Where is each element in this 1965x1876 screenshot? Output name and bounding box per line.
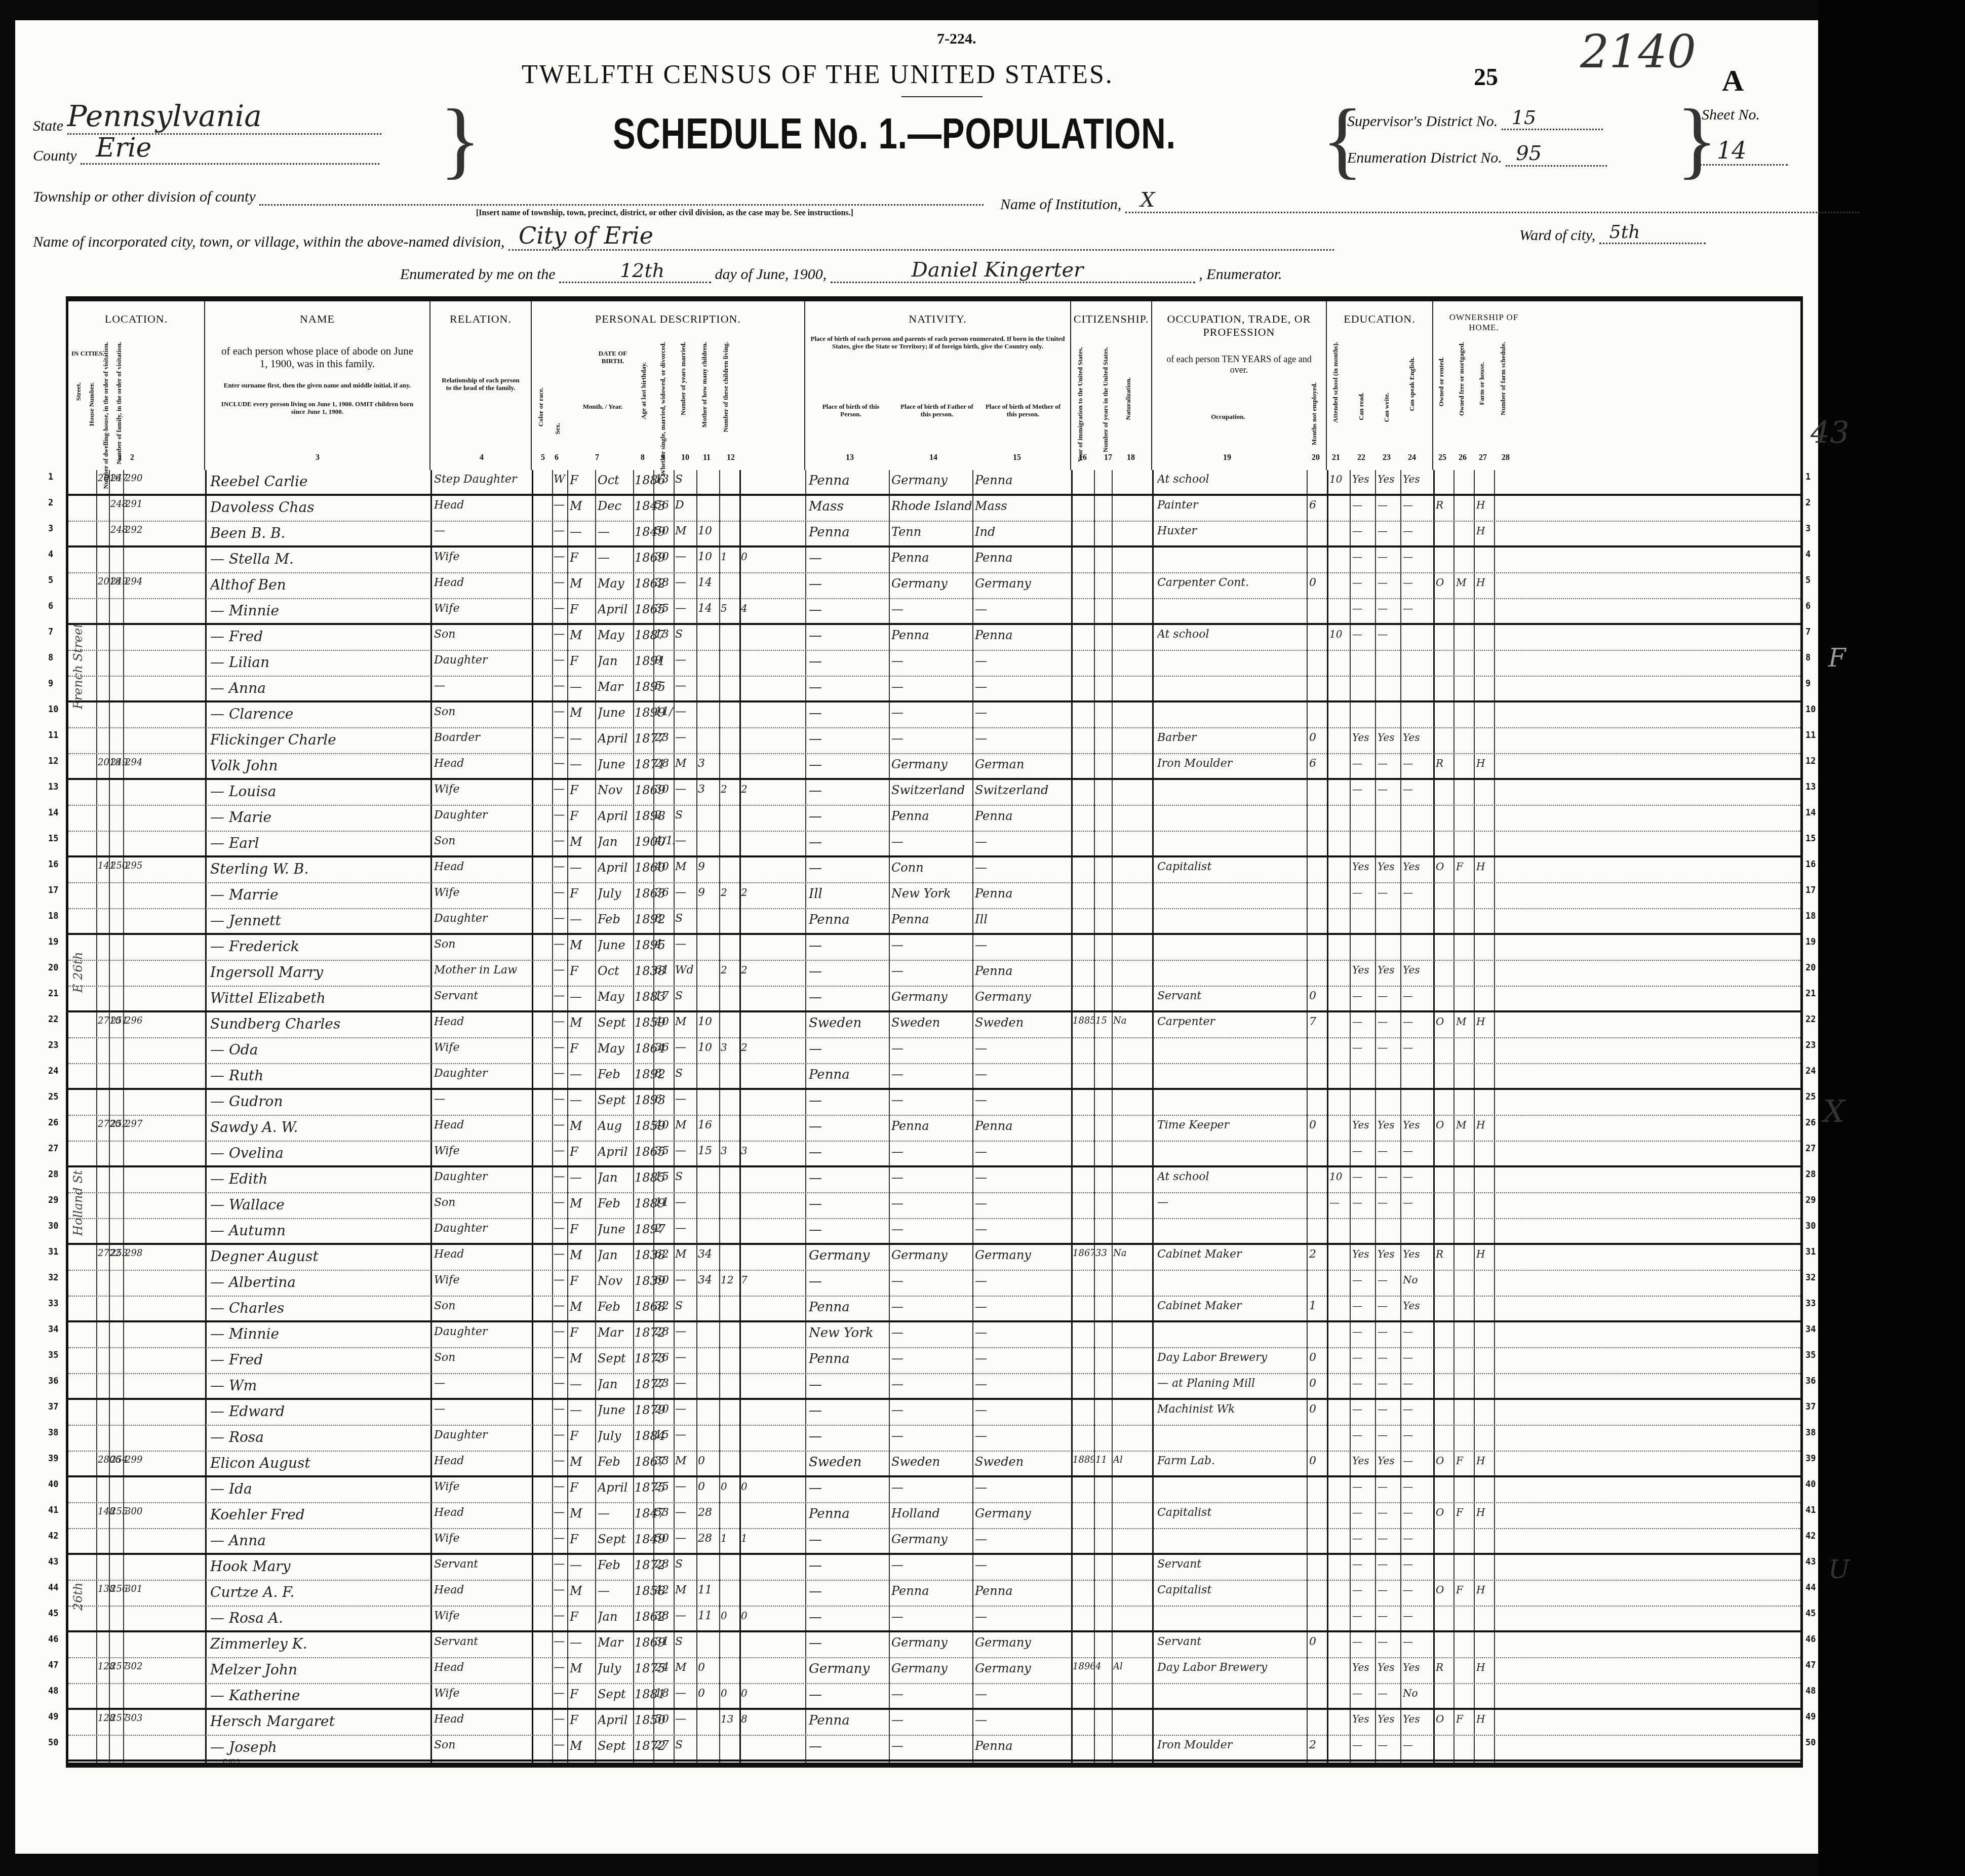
cell-occ: — at Planing Mill <box>1157 1377 1304 1390</box>
cell-month: Jan <box>598 1377 632 1391</box>
cell-age: 42 <box>655 1584 674 1596</box>
cell-fh: H <box>1476 525 1494 537</box>
cell-sex: F <box>570 1041 593 1056</box>
cell-own: R <box>1436 1661 1453 1673</box>
table-row: — OvelinaWife—FApril186535—1533—————— <box>68 1142 1800 1167</box>
cell-mort: F <box>1456 1455 1473 1467</box>
cell-ym: 0 <box>698 1455 718 1467</box>
cell-rel: Wife <box>434 1041 530 1054</box>
cell-name: Sundberg Charles <box>210 1015 428 1032</box>
cell-en: — <box>1403 1739 1431 1751</box>
cell-fb: — <box>891 1145 971 1159</box>
cell-sex: F <box>570 783 593 797</box>
cell-race: — <box>554 1480 568 1493</box>
cell-fh: H <box>1476 1455 1494 1467</box>
cell-race: — <box>554 1222 568 1235</box>
line-number: 11 <box>1805 730 1816 740</box>
cell-fb: — <box>891 1170 971 1185</box>
line-number: 6 <box>48 601 53 611</box>
cell-pb: Penna <box>809 1351 887 1366</box>
cell-rel: Daughter <box>434 1325 530 1338</box>
cell-race: — <box>554 1170 568 1183</box>
cell-mb: — <box>975 938 1070 952</box>
cell-cl: 2 <box>741 1041 759 1053</box>
cell-pb: — <box>809 1558 887 1573</box>
line-number: 34 <box>48 1324 58 1335</box>
cell-occ: Cabinet Maker <box>1157 1300 1304 1312</box>
cell-month: May <box>598 628 632 642</box>
cell-rel: — <box>434 525 530 537</box>
schedule-title: SCHEDULE No. 1.—POPULATION. <box>613 109 1176 159</box>
cell-rel: Wife <box>434 1145 530 1157</box>
line-number: 40 <box>48 1479 58 1490</box>
cell-rel: Head <box>434 1713 530 1726</box>
cell-ms: — <box>675 783 695 796</box>
line-number: 11 <box>48 730 58 740</box>
cell-yrs: 11 <box>1095 1455 1112 1465</box>
cell-rd: — <box>1352 1377 1374 1389</box>
enumerated-field: Enumerated by me on the 12th day of June… <box>400 258 1282 283</box>
cell-wr: — <box>1378 602 1400 614</box>
cell-race: — <box>554 757 568 770</box>
cell-wr: — <box>1378 1610 1400 1622</box>
cell-pb: — <box>809 938 887 953</box>
table-row: Hook MaryServant——Feb187228S———Servant——… <box>68 1555 1800 1581</box>
cell-own: R <box>1436 1248 1453 1260</box>
cell-fh: H <box>1476 1506 1494 1518</box>
cell-mc: 12 <box>721 1274 739 1286</box>
cell-en: — <box>1403 1351 1431 1363</box>
cell-mb: Germany <box>975 1635 1070 1650</box>
line-number: 2 <box>1805 498 1811 508</box>
cell-race: — <box>554 1661 568 1674</box>
line-number: 32 <box>48 1273 58 1283</box>
cell-en: — <box>1403 602 1431 614</box>
cell-en: Yes <box>1403 731 1431 744</box>
cell-month: Aug <box>598 1119 632 1133</box>
table-row: 2722253298Degner AugustHead—MJan183862M3… <box>68 1245 1800 1271</box>
cell-race: — <box>554 783 568 796</box>
cell-imm: 1889 <box>1073 1455 1095 1465</box>
cell-en: — <box>1403 1196 1431 1208</box>
cell-race: — <box>554 1119 568 1131</box>
cell-rel: Head <box>434 1455 530 1467</box>
cell-name: Sterling W. B. <box>210 861 428 877</box>
cell-rd: — <box>1352 1274 1374 1286</box>
cell-rel: Daughter <box>434 654 530 667</box>
cell-mb: — <box>975 706 1070 720</box>
cell-pb: — <box>809 1610 887 1625</box>
table-row: — FredSon—MSept187326—Penna——Day Labor B… <box>68 1348 1800 1374</box>
cell-mb: Switzerland <box>975 783 1070 797</box>
cell-ms: — <box>675 1222 695 1235</box>
cell-wr: — <box>1378 1196 1400 1208</box>
cell-rd: — <box>1352 1687 1374 1699</box>
cell-rel: Daughter <box>434 809 530 822</box>
cell-sch: 10 <box>1329 1170 1350 1183</box>
cell-own: O <box>1436 1455 1453 1467</box>
cell-fh: H <box>1476 499 1494 511</box>
cell-race: — <box>554 1584 568 1596</box>
cell-month: — <box>598 551 632 565</box>
cell-race: — <box>554 1687 568 1700</box>
cell-name: — Joseph <box>210 1739 428 1755</box>
cell-mne: 0 <box>1309 731 1326 744</box>
cell-rd: Yes <box>1352 964 1374 976</box>
cell-fb: Penna <box>891 1584 971 1598</box>
cell-en: — <box>1403 1377 1431 1389</box>
cell-mb: — <box>975 1532 1070 1546</box>
cell-occ: At school <box>1157 628 1304 641</box>
cell-ms: S <box>675 1300 695 1312</box>
cell-mort: M <box>1456 1119 1473 1131</box>
cell-pb: — <box>809 1170 887 1186</box>
cell-fb: — <box>891 1480 971 1495</box>
cell-age: 24 <box>655 1661 674 1674</box>
cell-mne: 6 <box>1309 499 1326 512</box>
cell-mort: F <box>1456 1713 1473 1725</box>
cell-month: April <box>598 602 632 616</box>
cell-rd: — <box>1352 1610 1374 1622</box>
margin-note: U <box>1828 1555 1850 1584</box>
cell-ms: S <box>675 990 695 1002</box>
cell-mb: — <box>975 835 1070 849</box>
line-number: 24 <box>1805 1066 1816 1076</box>
cell-nat: Al <box>1113 1661 1144 1672</box>
cell-rel: Servant <box>434 990 530 1002</box>
cell-name: — Albertina <box>210 1274 428 1291</box>
cell-name: — Fred <box>210 1351 428 1368</box>
cell-mb: — <box>975 1610 1070 1624</box>
cell-mb: — <box>975 654 1070 668</box>
cell-wr: — <box>1378 783 1400 795</box>
cell-month: July <box>598 886 632 901</box>
table-row: — LilianDaughter—FJan18919———— <box>68 651 1800 677</box>
cell-sex: — <box>570 861 593 875</box>
cell-fb: Penna <box>891 809 971 823</box>
cell-pb: — <box>809 1119 887 1134</box>
cell-fh: H <box>1476 1713 1494 1725</box>
cell-name: Ingersoll Marry <box>210 964 428 981</box>
cell-wr: — <box>1378 1506 1400 1518</box>
cell-mc: 2 <box>721 783 739 795</box>
street-label: 26th <box>71 1530 85 1611</box>
cell-age: 23 <box>655 731 674 744</box>
cell-race: — <box>554 1248 568 1261</box>
cell-rel: Wife <box>434 886 530 899</box>
supervisor-district-field: Supervisor's District No. 15 <box>1347 106 1603 130</box>
cell-occ: Carpenter <box>1157 1015 1304 1028</box>
line-number: 38 <box>1805 1428 1816 1438</box>
cell-rd: — <box>1352 576 1374 589</box>
cell-mort: M <box>1456 1015 1473 1028</box>
cell-name: — Edward <box>210 1403 428 1420</box>
cell-ms: — <box>675 1532 695 1545</box>
cell-wr: Yes <box>1378 1661 1400 1673</box>
cell-mb: — <box>975 1351 1070 1365</box>
cell-ms: — <box>675 1377 695 1390</box>
cell-ym: 34 <box>698 1248 718 1261</box>
line-number: 50 <box>1805 1738 1816 1748</box>
line-number: 30 <box>48 1221 58 1231</box>
line-number: 49 <box>48 1712 58 1722</box>
cell-name: — Jennett <box>210 912 428 929</box>
cell-pb: Germany <box>809 1248 887 1263</box>
cell-mb: — <box>975 1196 1070 1210</box>
cell-ym: 34 <box>698 1274 718 1286</box>
county-value: Erie <box>81 133 151 163</box>
line-number: 15 <box>48 834 58 844</box>
cell-fb: — <box>891 602 971 616</box>
cell-month: Feb <box>598 1300 632 1314</box>
line-number: 50 <box>48 1738 58 1748</box>
cell-ym: 10 <box>698 525 718 537</box>
line-number: 6 <box>1805 601 1811 611</box>
cell-occ: Capitalist <box>1157 1506 1304 1519</box>
cell-en: No <box>1403 1687 1431 1699</box>
cell-ms: — <box>675 1480 695 1493</box>
cell-ym: 10 <box>698 1041 718 1054</box>
cell-pb: Penna <box>809 1067 887 1082</box>
line-number: 37 <box>1805 1402 1816 1412</box>
cell-en: No <box>1403 1274 1431 1286</box>
cell-wr: Yes <box>1378 861 1400 873</box>
cell-name: — Marrie <box>210 886 428 903</box>
cell-name: — Frederick <box>210 938 428 955</box>
cell-month: Dec <box>598 499 632 513</box>
cell-month: April <box>598 1480 632 1495</box>
cell-age: 8 <box>655 912 674 925</box>
cell-ms: — <box>675 551 695 563</box>
cell-fb: — <box>891 731 971 746</box>
cell-age: 15 <box>655 1429 674 1441</box>
table-row: — AnnaWife—FSept184950—2811—Germany———— <box>68 1529 1800 1555</box>
cell-en: — <box>1403 551 1431 563</box>
cell-ms: — <box>675 654 695 667</box>
cell-mb: Penna <box>975 1584 1070 1598</box>
cell-own: O <box>1436 1119 1453 1131</box>
cell-wr: Yes <box>1378 964 1400 976</box>
cell-nat: Al <box>1113 1455 1144 1465</box>
table-row: — Gudron———Sept18936———— <box>68 1090 1800 1116</box>
cell-race: — <box>554 1403 568 1416</box>
cell-occ: Servant <box>1157 990 1304 1002</box>
table-row: — RuthDaughter——Feb18928SPenna—— <box>68 1064 1800 1090</box>
table-row: — EarlSon—MJan19004/12———— <box>68 832 1800 857</box>
cell-rel: Wife <box>434 1610 530 1622</box>
stamped-number: 2140 <box>1580 25 1696 79</box>
cell-rd: — <box>1352 1015 1374 1028</box>
cell-rel: Son <box>434 835 530 847</box>
cell-race: — <box>554 1558 568 1571</box>
cell-ym: 9 <box>698 886 718 899</box>
cell-mort: F <box>1456 1584 1473 1596</box>
cell-age: 28 <box>655 757 674 770</box>
cell-age: 33 <box>655 1455 674 1467</box>
cell-name: — Rosa A. <box>210 1610 428 1626</box>
cell-ym: 9 <box>698 861 718 873</box>
institution-value: X <box>1125 188 1155 212</box>
cell-age: 13 <box>655 628 674 641</box>
table-row: — LouisaWife—FNov186930—322—SwitzerlandS… <box>68 780 1800 806</box>
line-number: 19 <box>48 937 58 947</box>
cell-mort: M <box>1456 576 1473 589</box>
cell-name: Wittel Elizabeth <box>210 990 428 1006</box>
table-row: — AlbertinaWife—FNov183960—34127—————No <box>68 1271 1800 1297</box>
cell-mb: — <box>975 1377 1070 1391</box>
cell-rel: Wife <box>434 1532 530 1545</box>
township-field: Township or other division of county <box>33 188 984 206</box>
cell-mb: — <box>975 1403 1070 1417</box>
cell-sex: F <box>570 1713 593 1727</box>
cell-fb: — <box>891 1713 971 1727</box>
cell-wr: — <box>1378 1687 1400 1699</box>
cell-rel: Daughter <box>434 1067 530 1080</box>
cell-age: 30 <box>655 551 674 563</box>
cell-wr: — <box>1378 1480 1400 1493</box>
cell-mc: 2 <box>721 964 739 976</box>
cell-mne: 7 <box>1309 1015 1326 1028</box>
line-number: 13 <box>48 782 58 792</box>
cell-mb: — <box>975 1170 1070 1185</box>
cell-sex: F <box>570 551 593 565</box>
cell-month: April <box>598 861 632 875</box>
cell-pb: — <box>809 835 887 850</box>
cell-fb: — <box>891 964 971 978</box>
brace: } <box>440 96 481 182</box>
cell-mb: — <box>975 1713 1070 1727</box>
table-row: Zimmerley K.Servant——Mar186931S—GermanyG… <box>68 1632 1800 1658</box>
city-field: Name of incorporated city, town, or vill… <box>33 222 1334 251</box>
table-row: — JennettDaughter——Feb18928SPennaPennaIl… <box>68 909 1800 935</box>
cell-fb: Sweden <box>891 1015 971 1030</box>
cell-sex: — <box>570 525 593 539</box>
cell-mb: — <box>975 680 1070 694</box>
cell-mb: — <box>975 1325 1070 1340</box>
cell-race: — <box>554 1351 568 1364</box>
cell-month: Oct <box>598 473 632 487</box>
ward-value: 5th <box>1599 222 1640 243</box>
cell-ms: — <box>675 706 695 718</box>
cell-mne: 0 <box>1309 1377 1326 1390</box>
cell-race: W <box>554 473 568 486</box>
line-number: 44 <box>1805 1583 1816 1593</box>
cell-age: 38 <box>655 1610 674 1622</box>
cell-en: — <box>1403 886 1431 898</box>
cell-mne: 0 <box>1309 1119 1326 1131</box>
cell-month: Sept <box>598 1015 632 1030</box>
margin-note: 43 <box>1811 415 1849 451</box>
cell-sex: F <box>570 1532 593 1546</box>
cell-fb: — <box>891 1325 971 1340</box>
cell-mne: 1 <box>1309 1300 1326 1312</box>
cell-race: — <box>554 886 568 899</box>
cell-imm: 1885 <box>1073 1015 1095 1026</box>
cell-rd: Yes <box>1352 1119 1374 1131</box>
cell-mb: Penna <box>975 628 1070 642</box>
cell-wr: — <box>1378 1403 1400 1415</box>
cell-month: May <box>598 1041 632 1056</box>
cell-en: — <box>1403 1041 1431 1053</box>
cell-wr: — <box>1378 1558 1400 1570</box>
cell-month: July <box>598 1429 632 1443</box>
cell-mb: — <box>975 731 1070 746</box>
cell-pb: Penna <box>809 1506 887 1521</box>
cell-ms: S <box>675 912 695 925</box>
cell-en: — <box>1403 1506 1431 1518</box>
cell-mc: 3 <box>721 1041 739 1053</box>
table-row: — OdaWife—FMay186436—1032—————— <box>68 1038 1800 1064</box>
cell-ms: Wd <box>675 964 695 976</box>
cell-occ: Painter <box>1157 499 1304 512</box>
cell-month: Jan <box>598 654 632 668</box>
line-number: 19 <box>1805 937 1816 947</box>
cell-fh: H <box>1476 1119 1494 1131</box>
line-number: 33 <box>48 1299 58 1309</box>
cell-sex: F <box>570 1610 593 1624</box>
cell-name: Flickinger Charle <box>210 731 428 748</box>
cell-rd: Yes <box>1352 1248 1374 1260</box>
table-row: — Rosa A.Wife—FJan186238—1100—————— <box>68 1607 1800 1632</box>
cell-wr: — <box>1378 1584 1400 1596</box>
cell-ms: — <box>675 576 695 589</box>
cell-pb: Germany <box>809 1661 887 1676</box>
footer-code: C-69 3 <box>223 1757 240 1765</box>
table-row: 248292Been B. B.————184950M10PennaTennIn… <box>68 522 1800 548</box>
cell-rel: Son <box>434 1196 530 1209</box>
cell-fb: — <box>891 1429 971 1443</box>
state-value: Pennsylvania <box>67 99 262 133</box>
cell-fb: — <box>891 1300 971 1314</box>
cell-ms: — <box>675 1274 695 1286</box>
cell-occ: Farm Lab. <box>1157 1455 1304 1467</box>
cell-month: Sept <box>598 1532 632 1546</box>
cell-rd: Yes <box>1352 731 1374 744</box>
cell-race: — <box>554 525 568 537</box>
form-number: 7-224. <box>937 30 976 48</box>
header-name: NAME of each person whose place of abode… <box>205 301 430 470</box>
cell-pb: Sweden <box>809 1455 887 1470</box>
cell-sex: M <box>570 1455 593 1469</box>
cell-sex: M <box>570 835 593 849</box>
line-number: 41 <box>48 1505 58 1515</box>
cell-ym: 0 <box>698 1480 718 1493</box>
cell-own: O <box>1436 1015 1453 1028</box>
cell-pb: — <box>809 576 887 592</box>
cell-rel: Son <box>434 1739 530 1751</box>
cell-fh: H <box>1476 757 1494 769</box>
cell-wr: — <box>1378 990 1400 1002</box>
cell-fh: H <box>1476 1248 1494 1260</box>
cell-rel: Wife <box>434 783 530 796</box>
cell-ym: 14 <box>698 602 718 615</box>
cell-pb: — <box>809 990 887 1005</box>
cell-mb: — <box>975 1274 1070 1288</box>
street-label: French Street <box>71 547 85 709</box>
cell-fb: — <box>891 1403 971 1417</box>
cell-fb: Germany <box>891 1248 971 1262</box>
cell-mb: Penna <box>975 551 1070 565</box>
cell-month: June <box>598 1222 632 1236</box>
line-number: 29 <box>48 1195 58 1205</box>
cell-sex: M <box>570 938 593 952</box>
line-number: 3 <box>1805 524 1811 534</box>
line-number: 47 <box>48 1660 58 1670</box>
cell-ym: 11 <box>698 1584 718 1596</box>
cell-mne: 0 <box>1309 1635 1326 1648</box>
line-number: 12 <box>48 756 58 766</box>
cell-own: R <box>1436 499 1453 511</box>
